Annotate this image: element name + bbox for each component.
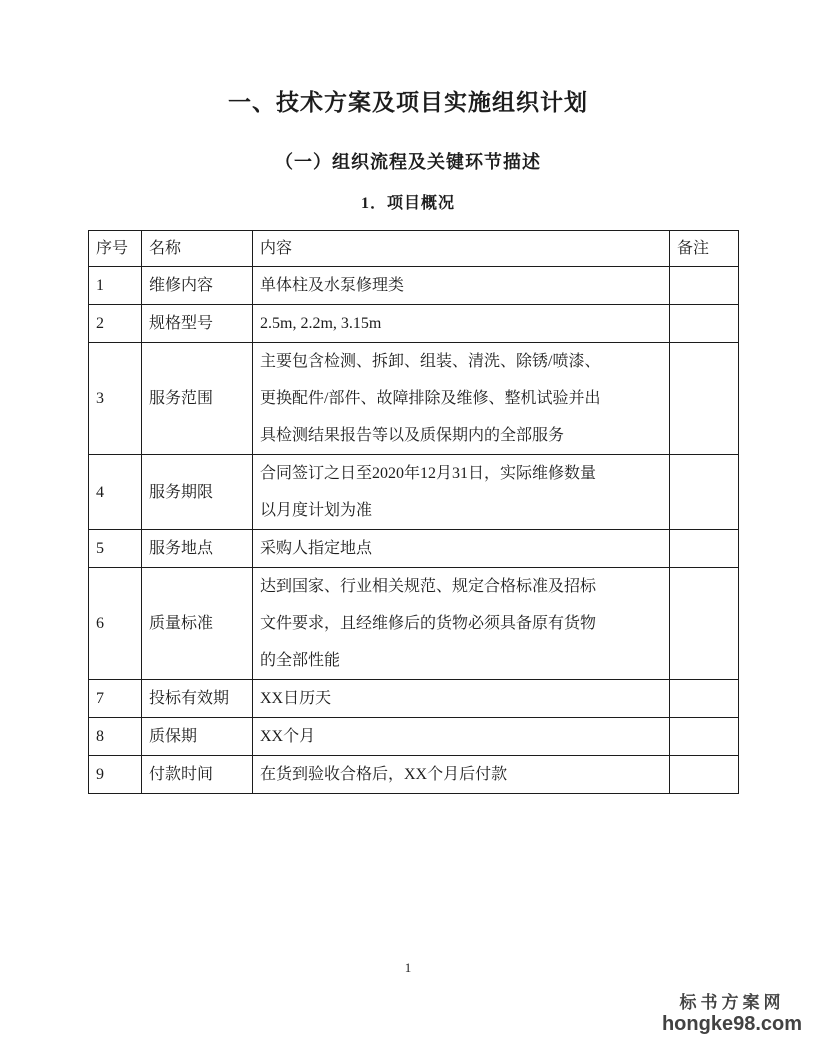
watermark-site-url: hongke98.com <box>662 1013 802 1035</box>
cell-note <box>670 305 739 343</box>
cell-no: 4 <box>89 455 142 530</box>
cell-note <box>670 568 739 680</box>
doc-title: 一、技术方案及项目实施组织计划 <box>0 84 816 117</box>
cell-content: 主要包含检测、拆卸、组装、清洗、除锈/喷漆、 更换配件/部件、故障排除及维修、整… <box>253 343 670 455</box>
cell-name: 维修内容 <box>142 267 253 305</box>
cell-no: 8 <box>89 718 142 756</box>
cell-content: 单体柱及水泵修理类 <box>253 267 670 305</box>
table-row: 7 投标有效期 XX日历天 <box>89 680 739 718</box>
cell-name: 服务期限 <box>142 455 253 530</box>
header-cell-name: 名称 <box>142 231 253 267</box>
cell-content: XX个月 <box>253 718 670 756</box>
cell-name: 投标有效期 <box>142 680 253 718</box>
cell-name: 付款时间 <box>142 756 253 794</box>
table-row: 1 维修内容 单体柱及水泵修理类 <box>89 267 739 305</box>
page-number: 1 <box>0 960 816 976</box>
cell-note <box>670 718 739 756</box>
section-heading: 1．项目概况 <box>0 190 816 213</box>
cell-name: 服务范围 <box>142 343 253 455</box>
table-row: 3 服务范围 主要包含检测、拆卸、组装、清洗、除锈/喷漆、 更换配件/部件、故障… <box>89 343 739 455</box>
cell-content: 在货到验收合格后，XX个月后付款 <box>253 756 670 794</box>
table-body: 1 维修内容 单体柱及水泵修理类 2 规格型号 2.5m, 2.2m, 3.15… <box>89 267 739 794</box>
cell-no: 9 <box>89 756 142 794</box>
document-page: 一、技术方案及项目实施组织计划 （一）组织流程及关键环节描述 1．项目概况 序号… <box>0 0 816 1056</box>
cell-name: 服务地点 <box>142 530 253 568</box>
cell-note <box>670 680 739 718</box>
cell-note <box>670 267 739 305</box>
cell-content: 达到国家、行业相关规范、规定合格标准及招标 文件要求，且经维修后的货物必须具备原… <box>253 568 670 680</box>
cell-name: 质保期 <box>142 718 253 756</box>
cell-name: 质量标准 <box>142 568 253 680</box>
header-cell-note: 备注 <box>670 231 739 267</box>
cell-no: 7 <box>89 680 142 718</box>
table-row: 2 规格型号 2.5m, 2.2m, 3.15m <box>89 305 739 343</box>
cell-name: 规格型号 <box>142 305 253 343</box>
cell-note <box>670 343 739 455</box>
cell-no: 2 <box>89 305 142 343</box>
table-row: 6 质量标准 达到国家、行业相关规范、规定合格标准及招标 文件要求，且经维修后的… <box>89 568 739 680</box>
header-cell-content: 内容 <box>253 231 670 267</box>
cell-note <box>670 530 739 568</box>
cell-content: 采购人指定地点 <box>253 530 670 568</box>
cell-content: 合同签订之日至2020年12月31日，实际维修数量 以月度计划为准 <box>253 455 670 530</box>
table-row: 8 质保期 XX个月 <box>89 718 739 756</box>
table-row: 5 服务地点 采购人指定地点 <box>89 530 739 568</box>
cell-content: 2.5m, 2.2m, 3.15m <box>253 305 670 343</box>
table-row: 4 服务期限 合同签订之日至2020年12月31日，实际维修数量 以月度计划为准 <box>89 455 739 530</box>
table-row: 9 付款时间 在货到验收合格后，XX个月后付款 <box>89 756 739 794</box>
doc-subtitle: （一）组织流程及关键环节描述 <box>0 148 816 174</box>
header-cell-no: 序号 <box>89 231 142 267</box>
project-overview-table: 序号 名称 内容 备注 1 维修内容 单体柱及水泵修理类 2 规格型号 2.5m… <box>88 230 739 794</box>
cell-no: 5 <box>89 530 142 568</box>
cell-no: 1 <box>89 267 142 305</box>
cell-note <box>670 756 739 794</box>
watermark-site-name: 标书方案网 <box>662 994 802 1013</box>
table-header-row: 序号 名称 内容 备注 <box>89 231 739 267</box>
cell-note <box>670 455 739 530</box>
cell-content: XX日历天 <box>253 680 670 718</box>
watermark: 标书方案网 hongke98.com <box>662 994 802 1035</box>
cell-no: 3 <box>89 343 142 455</box>
cell-no: 6 <box>89 568 142 680</box>
